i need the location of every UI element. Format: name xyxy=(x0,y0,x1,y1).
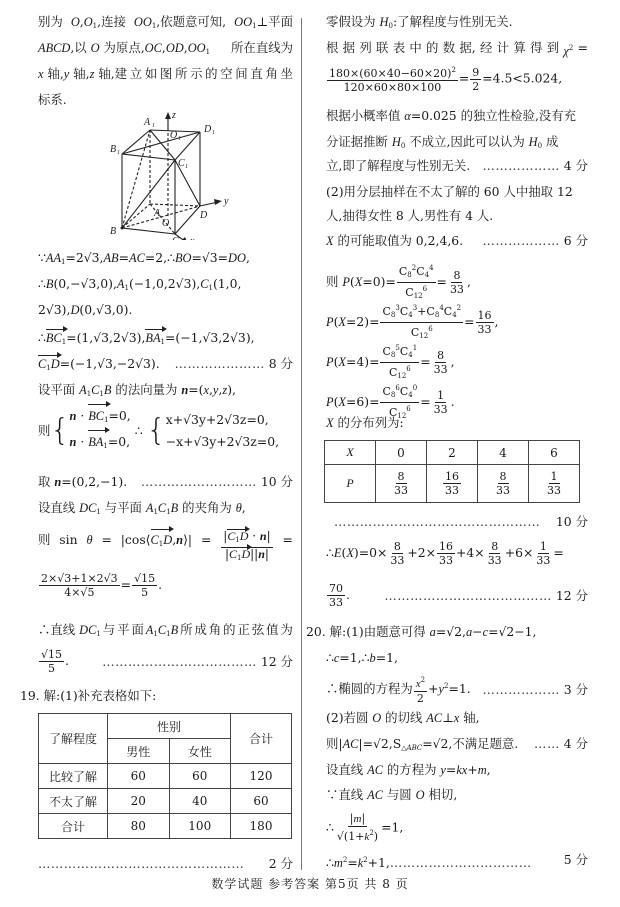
line-sin-value: 2×√3+1×2√34×√5=√155. xyxy=(38,572,162,599)
row-header-cell: 了解程度 xyxy=(39,714,108,764)
svg-text:O: O xyxy=(170,130,177,141)
svg-text:x: x xyxy=(189,236,195,240)
svg-text:D: D xyxy=(199,210,208,221)
intro-line-1: 别为O,O1,连接OO1,依题意可知,OO1⊥平面 xyxy=(38,14,293,34)
line-sin-theta: 则sinθ=|cos⟨C1D,n⟩|= |C1D · n||C1D||n|= xyxy=(38,530,293,565)
svg-text:1: 1 xyxy=(152,123,155,129)
q20-ellipse: ∴椭圆的方程为x22+y2=1.……………… 3 分 xyxy=(326,674,588,705)
table-row: 不太了解 20 40 60 xyxy=(39,789,292,814)
page-footer: 数学试题 参考答案 第5页 共 8 页 xyxy=(0,875,620,892)
expectation-result: 7033.………………………………… 12 分 xyxy=(326,582,588,609)
line-conclusion-value: √155.……………………………… 12 分 xyxy=(38,648,293,675)
svg-text:1: 1 xyxy=(185,164,188,170)
q20-line-eq: 设直线 AC 的方程为 y=kx+m, xyxy=(326,762,491,778)
independence-test-3: 立,即了解程度与性别无关.……………… 4 分 xyxy=(326,158,588,174)
dist-score-line: …………………………………………10 分 xyxy=(326,514,588,530)
q19-score-line: …………………………………………2 分 xyxy=(38,856,293,872)
p-x4: P(X=4)=C85C41C126=833, xyxy=(326,342,455,383)
svg-text:O: O xyxy=(162,218,169,229)
table-row: 比较了解 60 60 120 xyxy=(39,764,292,789)
intro-line-3: x 轴,y 轴,z 轴,建立如图所示的空间直角坐 xyxy=(38,66,293,82)
line-normal-vector: 设平面 A1C1B 的法向量为 n=(x,y,z), xyxy=(38,382,236,402)
null-hypothesis: 零假设为 H0:了解程度与性别无关. xyxy=(326,14,513,34)
prism-figure: A1 O1 D1 B1 C1 A B O C D z y x xyxy=(108,110,258,240)
q20-part2: (2)若圆 O 的切线 AC⊥x 轴, xyxy=(326,710,480,726)
contingency-table: 了解程度 性别 合计 男性 女性 比较了解 60 60 120 不太了解 20 … xyxy=(38,713,292,839)
distribution-table: X 0 2 4 6 P 833 1633 833 133 xyxy=(324,440,580,503)
svg-text:1: 1 xyxy=(178,136,181,142)
line-coords-1: ∴B(0,−√3,0),A1(−1,0,2√3),C1(1,0, xyxy=(38,276,241,296)
chi-square-intro: 根据列联表中的数据,经计算得到χ2= xyxy=(326,40,588,59)
intro-line-2: ABCD,以 O 为原点,OC,OD,OO1所在直线为 xyxy=(38,40,293,60)
q19-header: 19. 解:(1)补充表格如下: xyxy=(20,688,156,704)
p-x0: 则 P(X=0)=C82C44C126=833, xyxy=(326,262,471,303)
p-x2: P(X=2)=C83C43+C84C42C126=1633, xyxy=(326,302,498,343)
column-divider xyxy=(301,18,302,870)
q20-distance: ∴|m|√(1+k2)=1, xyxy=(326,812,403,844)
intro-line-4: 标系. xyxy=(38,92,67,108)
svg-text:C: C xyxy=(178,158,185,169)
line-coords-2: 2√3),D(0,√3,0). xyxy=(38,302,132,318)
line-vectors-1: ∴BC1=(1,√3,2√3),BA1=(−1,√3,2√3), xyxy=(38,330,255,350)
line-conclusion: ∴直线 DC1与平面A1C1B所成角的正弦值为 xyxy=(38,622,293,642)
line-vectors-2: C1D=(−1,√3,−2√3).………………… 8 分 xyxy=(38,356,293,376)
svg-text:1: 1 xyxy=(212,130,215,136)
female-header-cell: 女性 xyxy=(169,739,231,764)
expectation-line: ∴E(X)=0×833+2×1633+4×833+6×133= xyxy=(326,540,564,567)
line-aa1: ∵AA1=2√3,AB=AC=2,∴BO=√3=DO, xyxy=(38,250,250,270)
svg-text:C: C xyxy=(172,236,179,240)
svg-text:z: z xyxy=(171,110,176,121)
part2-line-1: (2)用分层抽样在不太了解的 60 人中抽取 12 xyxy=(326,184,588,200)
svg-text:y: y xyxy=(223,196,229,207)
p-row: P 833 1633 833 133 xyxy=(325,465,580,503)
total-header-cell: 合计 xyxy=(231,714,292,764)
male-header-cell: 男性 xyxy=(108,739,170,764)
chi-square-formula: 180×(60×40−60×20)2120×60×80×100=92=4.5<5… xyxy=(326,64,562,94)
independence-test-1: 根据小概率值 α=0.025 的独立性检验,没有充 xyxy=(326,108,588,124)
svg-text:1: 1 xyxy=(117,150,120,156)
svg-text:A: A xyxy=(153,208,161,219)
independence-test-2: 分证据推断 H0 不成立,因此可以认为 H0 成 xyxy=(326,134,588,154)
svg-text:B: B xyxy=(110,144,116,155)
line-take-n: 取 n=(0,2,−1).……………………… 10 分 xyxy=(38,474,293,490)
equation-system: 则{ n · BC1=0, n · BA1=0, ∴{ x+√3y+2√3z=0… xyxy=(38,405,279,457)
svg-text:A: A xyxy=(143,117,151,128)
table-row: 合计 80 100 180 xyxy=(39,814,292,839)
x-values-line: X 的可能取值为 0,2,4,6.……………… 6 分 xyxy=(326,233,588,249)
q20-line-cb: ∴c=1,∴b=1, xyxy=(326,650,398,666)
line-angle-theta: 设直线 DC1 与平面 A1C1B 的夹角为 θ, xyxy=(38,500,246,520)
q20-m-squared: ∴m2=k2+1,……………………………5 分 xyxy=(326,852,588,871)
part2-line-2: 人,抽得女性 8 人,男性有 4 人. xyxy=(326,208,493,224)
svg-text:B: B xyxy=(110,226,116,237)
distribution-label: X 的分布列为: xyxy=(326,415,404,431)
q20-tangent: ∵直线 AC 与圆 O 相切, xyxy=(326,787,457,803)
svg-text:D: D xyxy=(203,124,212,135)
group-header-cell: 性别 xyxy=(108,714,231,739)
q20-ac-line: 则|AC|=√2,S△ABC=√2,不满足题意.…… 4 分 xyxy=(326,736,588,756)
x-row: X 0 2 4 6 xyxy=(325,441,580,465)
q20-header: 20. 解:(1)由题意可得 a=√2,a−c=√2−1, xyxy=(306,624,536,640)
